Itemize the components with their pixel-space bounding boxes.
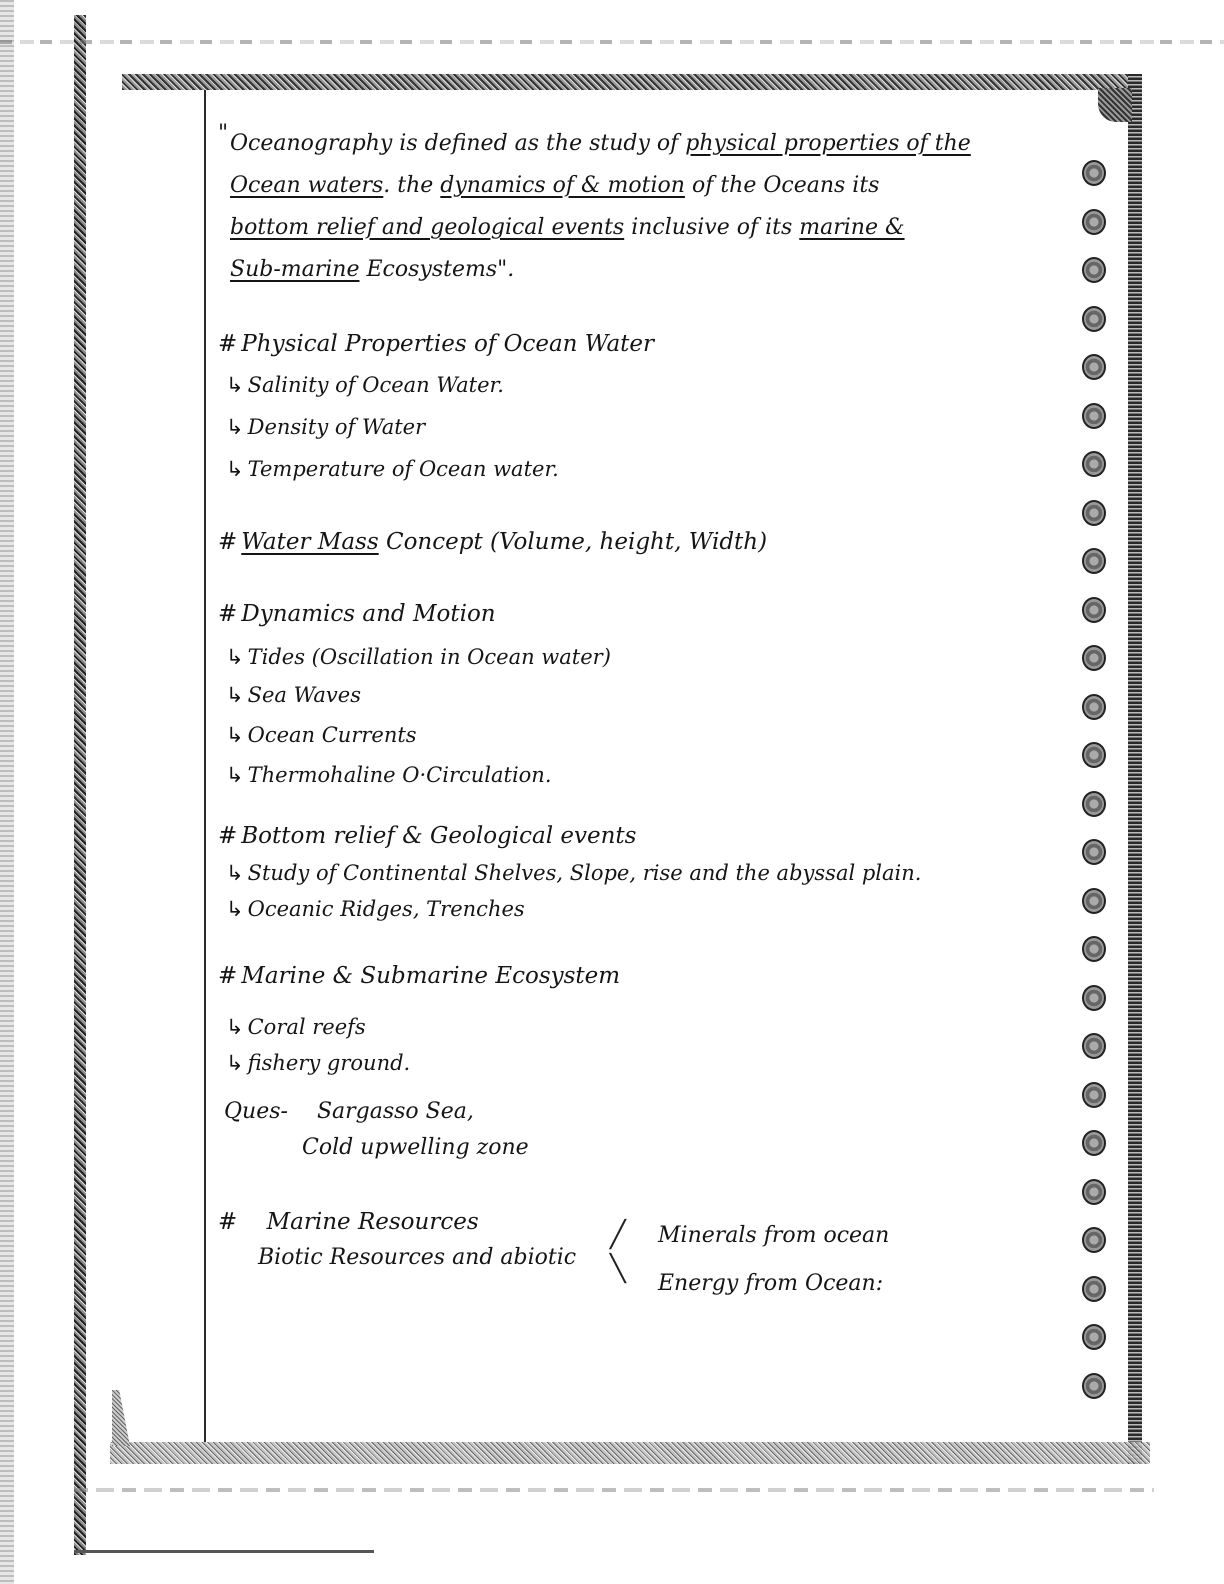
section-heading-text: Dynamics and Motion — [241, 601, 495, 627]
spiral-hole — [1082, 1324, 1106, 1350]
outer-page-left-border — [74, 15, 86, 1555]
spiral-hole — [1082, 1179, 1106, 1205]
underlined-phrase: Ocean waters — [230, 173, 383, 198]
list-item: ↳Sea Waves — [226, 682, 361, 708]
margin-line — [204, 90, 206, 1442]
list-item-text: Ocean Currents — [248, 723, 417, 747]
notebook-right-border — [1128, 74, 1142, 1464]
list-item: ↳Temperature of Ocean water. — [226, 456, 559, 482]
outer-page-bottom-border — [74, 1550, 374, 1553]
arrow-icon: ↳ — [226, 645, 244, 669]
underlined-phrase: bottom relief and geological events — [230, 215, 624, 240]
spiral-hole — [1082, 257, 1106, 283]
list-item: ↳Coral reefs — [226, 1014, 366, 1040]
spiral-binding-holes — [1082, 160, 1112, 1400]
spiral-hole — [1082, 645, 1106, 671]
spiral-hole — [1082, 209, 1106, 235]
list-item: ↳Tides (Oscillation in Ocean water) — [226, 644, 611, 670]
spiral-hole — [1082, 451, 1106, 477]
section-heading: #Physical Properties of Ocean Water — [218, 330, 654, 359]
spiral-hole — [1082, 354, 1106, 380]
spiral-hole — [1082, 985, 1106, 1011]
underlined-phrase: marine & — [799, 215, 904, 240]
section-heading-text: Water Mass — [241, 529, 378, 555]
questions-label: Ques- — [224, 1099, 288, 1124]
arrow-icon: ↳ — [226, 1051, 244, 1075]
spiral-hole — [1082, 500, 1106, 526]
list-item-text: fishery ground. — [248, 1051, 411, 1075]
arrow-icon: ↳ — [226, 723, 244, 747]
notebook-corner — [1098, 88, 1132, 122]
list-item-text: Oceanic Ridges, Trenches — [248, 897, 525, 921]
list-item: ↳fishery ground. — [226, 1050, 410, 1076]
section-heading-suffix: Concept (Volume, height, Width) — [379, 529, 767, 555]
section-heading: #Water Mass Concept (Volume, height, Wid… — [218, 528, 767, 557]
branch-bottom-icon: ╲ — [610, 1256, 626, 1282]
questions-block: Ques- Sargasso Sea, — [224, 1098, 474, 1126]
spiral-hole — [1082, 839, 1106, 865]
spiral-hole — [1082, 1276, 1106, 1302]
arrow-icon: ↳ — [226, 457, 244, 481]
question-item: Sargasso Sea, — [317, 1099, 474, 1124]
scan-artifact-top — [0, 40, 1224, 44]
text-segment: Oceanography is defined as the study of — [230, 131, 685, 156]
list-item-text: Temperature of Ocean water. — [248, 457, 559, 481]
spiral-hole — [1082, 742, 1106, 768]
notebook-left-shade — [112, 1390, 130, 1446]
branch-top-icon: ╱ — [610, 1222, 626, 1248]
list-item-text: Salinity of Ocean Water. — [248, 373, 504, 397]
section-heading-marine-resources: # Marine Resources — [218, 1208, 479, 1237]
list-item-text: Sea Waves — [248, 683, 361, 707]
section-heading-text: Physical Properties of Ocean Water — [241, 331, 654, 357]
spiral-hole — [1082, 888, 1106, 914]
list-item: ↳Ocean Currents — [226, 722, 417, 748]
hash-icon: # — [218, 529, 237, 555]
list-item: ↳Salinity of Ocean Water. — [226, 372, 504, 398]
section-heading: #Marine & Submarine Ecosystem — [218, 962, 620, 991]
spiral-hole — [1082, 403, 1106, 429]
text-segment: inclusive of its — [624, 215, 799, 240]
text-segment: Ecosystems". — [359, 257, 514, 282]
hash-icon: # — [218, 601, 237, 627]
underlined-phrase: Sub-marine — [230, 257, 359, 282]
definition-line: "Oceanography is defined as the study of… — [230, 130, 971, 158]
definition-line: bottom relief and geological events incl… — [230, 214, 905, 242]
hash-icon: # — [218, 1209, 237, 1235]
spiral-hole — [1082, 306, 1106, 332]
arrow-icon: ↳ — [226, 415, 244, 439]
section-heading-text: Bottom relief & Geological events — [241, 823, 636, 849]
arrow-icon: ↳ — [226, 897, 244, 921]
section-heading-text: Marine & Submarine Ecosystem — [241, 963, 620, 989]
resource-branch: Energy from Ocean: — [658, 1270, 883, 1298]
definition-line: Ocean waters. the dynamics of & motion o… — [230, 172, 879, 200]
arrow-icon: ↳ — [226, 1015, 244, 1039]
notebook-top-border — [122, 74, 1142, 90]
text-segment: . the — [383, 173, 440, 198]
list-item-text: Density of Water — [248, 415, 426, 439]
text-segment: of the Oceans its — [685, 173, 880, 198]
spiral-hole — [1082, 597, 1106, 623]
hash-icon: # — [218, 823, 237, 849]
list-item: ↳Thermohaline O·Circulation. — [226, 762, 552, 788]
scanner-edge — [0, 0, 14, 1584]
question-item: Cold upwelling zone — [302, 1134, 529, 1162]
spiral-hole — [1082, 1033, 1106, 1059]
arrow-icon: ↳ — [226, 683, 244, 707]
section-heading: #Bottom relief & Geological events — [218, 822, 636, 851]
definition-line: Sub-marine Ecosystems". — [230, 256, 514, 284]
arrow-icon: ↳ — [226, 373, 244, 397]
spiral-hole — [1082, 1082, 1106, 1108]
arrow-icon: ↳ — [226, 861, 244, 885]
spiral-hole — [1082, 791, 1106, 817]
notebook-bottom-border — [110, 1442, 1150, 1464]
resource-branch: Minerals from ocean — [658, 1222, 889, 1250]
spiral-hole — [1082, 1227, 1106, 1253]
list-item-text: Tides (Oscillation in Ocean water) — [248, 645, 611, 669]
hash-icon: # — [218, 963, 237, 989]
spiral-hole — [1082, 694, 1106, 720]
spiral-hole — [1082, 548, 1106, 574]
list-item: ↳Density of Water — [226, 414, 425, 440]
underlined-phrase: dynamics of & motion — [440, 173, 685, 198]
quote-mark: " — [218, 120, 228, 148]
resources-line: Biotic Resources and abiotic — [258, 1244, 576, 1272]
list-item: ↳Study of Continental Shelves, Slope, ri… — [226, 860, 921, 886]
hash-icon: # — [218, 331, 237, 357]
list-item-text: Study of Continental Shelves, Slope, ris… — [248, 861, 922, 885]
arrow-icon: ↳ — [226, 763, 244, 787]
spiral-hole — [1082, 1130, 1106, 1156]
spiral-hole — [1082, 160, 1106, 186]
list-item-text: Coral reefs — [248, 1015, 366, 1039]
underlined-phrase: physical properties of the — [685, 131, 971, 156]
section-heading: #Dynamics and Motion — [218, 600, 496, 629]
scan-artifact-bottom — [74, 1488, 1154, 1492]
list-item-text: Thermohaline O·Circulation. — [248, 763, 552, 787]
spiral-hole — [1082, 936, 1106, 962]
list-item: ↳Oceanic Ridges, Trenches — [226, 896, 525, 922]
spiral-hole — [1082, 1373, 1106, 1399]
